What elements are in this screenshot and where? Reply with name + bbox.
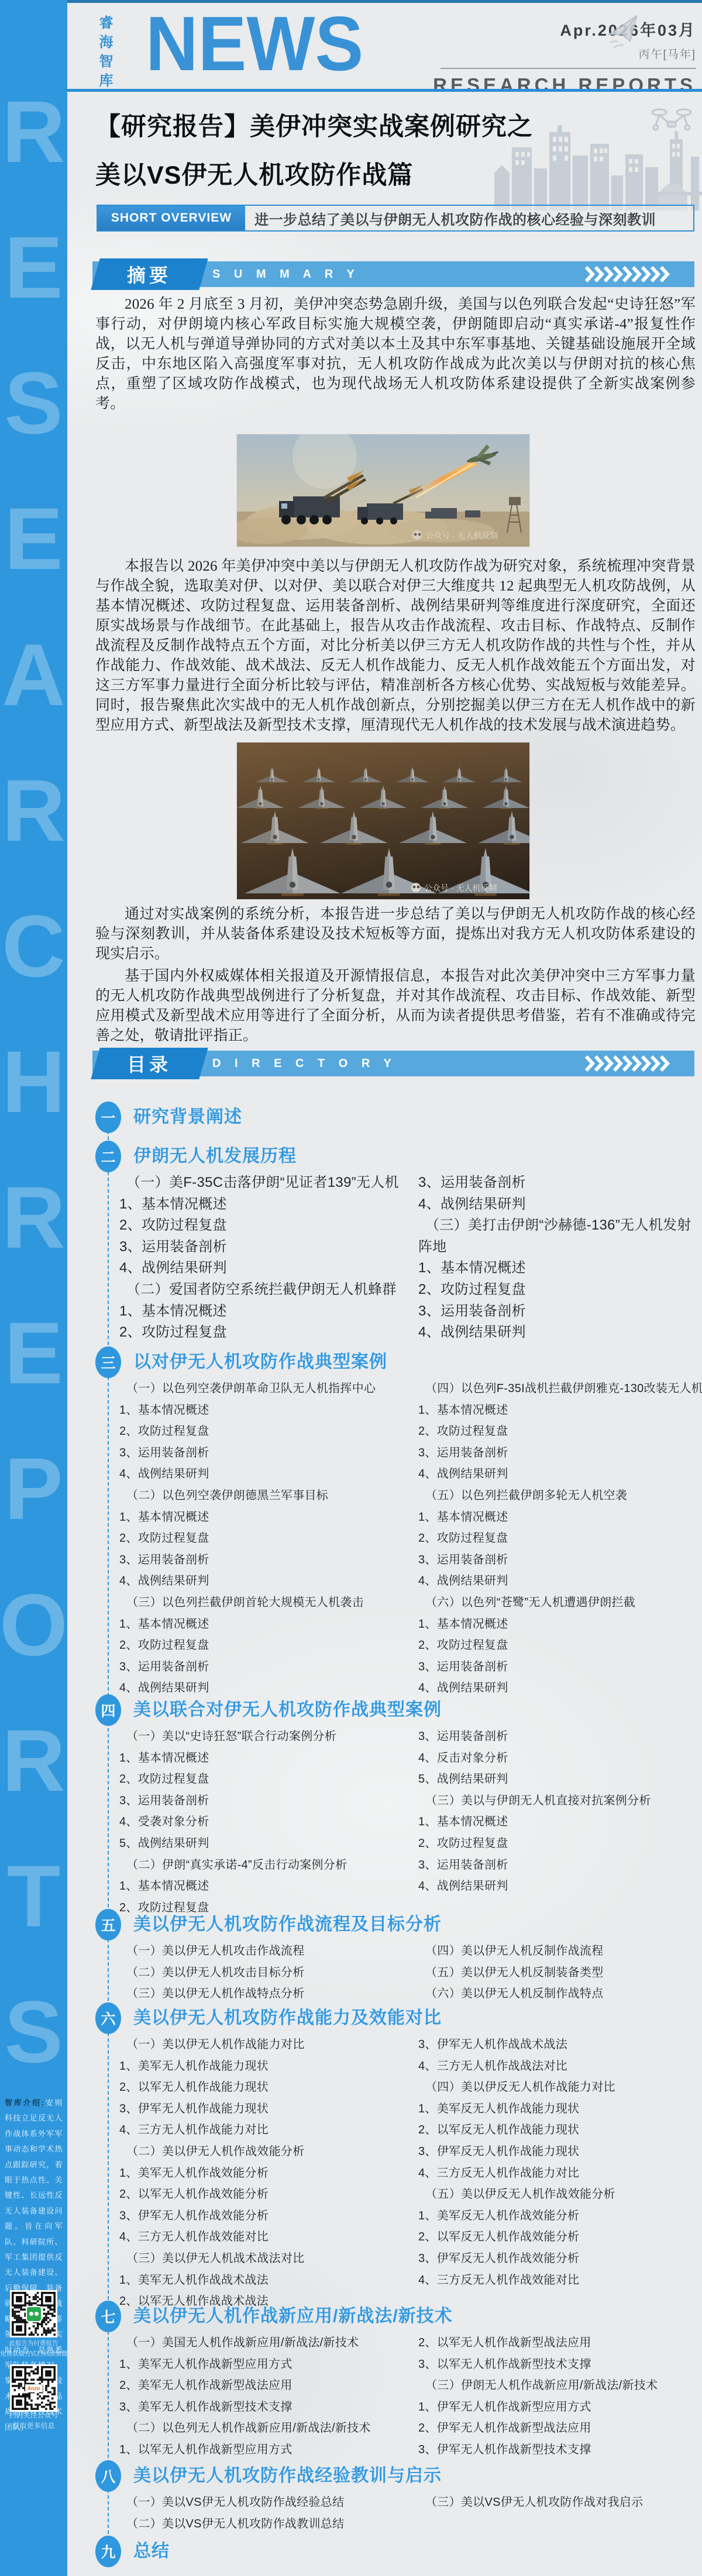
section-title: 美以伊无人机作战新应用/新战法/新技术 xyxy=(133,2301,453,2332)
header-divider xyxy=(67,89,702,92)
toc-sub-item: 1、美军反无人机作战能力现状 xyxy=(418,2098,702,2120)
toc-case-item: （一）美F-35C击落伊朗“见证者139”无人机 xyxy=(119,1172,418,1194)
toc-sub-item: 4、三方无人机作战战法对比 xyxy=(418,2056,702,2077)
qr1-caption-line2: 免费获取方式扫码添加微信 xyxy=(0,2350,67,2357)
toc-section-2: 二伊朗无人机发展历程（一）美F-35C击落伊朗“见证者139”无人机1、基本情况… xyxy=(67,1141,702,1344)
toc-section-3: 三以对伊无人机攻防作战典型案例（一）以色列空袭伊朗革命卫队无人机指挥中心1、基本… xyxy=(67,1346,702,1699)
directory-banner-cn: 目录 xyxy=(127,1050,171,1077)
toc-sub-item: 1、基本情况概述 xyxy=(119,1748,418,1769)
section-columns: （一）美以“史诗狂怒”联合行动案例分析1、基本情况概述2、攻防过程复盘3、运用装… xyxy=(119,1726,702,1918)
toc-sub-item: 3、运用装备剖析 xyxy=(119,1237,418,1258)
section-number-badge: 一 xyxy=(95,1101,121,1133)
section-number-badge: 七 xyxy=(95,2301,121,2332)
directory-banner: 目录 D I R E C T O R Y xyxy=(92,1051,694,1076)
toc-sub-item: 1、基本情况概述 xyxy=(418,1811,702,1833)
toc-sub-item: 4、受袭对象分析 xyxy=(119,1811,418,1833)
toc-sub-item: 1、基本情况概述 xyxy=(119,1876,418,1897)
section-columns: （一）美以伊无人机作战能力对比1、美军无人机作战能力现状2、以军无人机作战能力现… xyxy=(119,2034,702,2312)
section-columns: （一）美国无人机作战新应用/新战法/新技术1、美军无人机作战新型应用方式2、美军… xyxy=(119,2332,702,2461)
toc-column-right: 3、伊军无人机作战战术战法4、三方无人机作战战法对比（四）美以伊反无人机作战能力… xyxy=(418,2034,702,2312)
toc-sub-item: 1、美军无人机作战能力现状 xyxy=(119,2056,418,2077)
toc-sub-item: 4、战例结果研判 xyxy=(418,1194,702,1216)
paper-plane-icon xyxy=(607,15,644,49)
summary-banner: 摘要 S U M M A R Y xyxy=(92,261,694,287)
toc-column-right: 3、运用装备剖析4、反击对象分析5、战例结果研判（三）美以与伊朗无人机直接对抗案… xyxy=(418,1726,702,1918)
toc-case-item: （二）以色列空袭伊朗德黑兰军事目标 xyxy=(119,1485,418,1507)
section-number-badge: 二 xyxy=(95,1141,121,1172)
watermark-letter: O xyxy=(0,1581,67,1669)
section-number-badge: 四 xyxy=(95,1694,121,1726)
photo-watermark: 公众号 · 无人机反制 xyxy=(425,531,498,540)
toc-case-item: （一）以色列空袭伊朗革命卫队无人机指挥中心 xyxy=(119,1378,418,1400)
section-title: 研究背景阐述 xyxy=(133,1101,242,1133)
report-title-line1: 【研究报告】美伊冲突实战案例研究之 xyxy=(95,107,533,143)
toc-sub-item: 4、战例结果研判 xyxy=(418,1570,702,1592)
toc-column-left: （一）以色列空袭伊朗革命卫队无人机指挥中心1、基本情况概述2、攻防过程复盘3、运… xyxy=(119,1378,418,1699)
toc-section-8: 八美以伊无人机攻防作战经验教训与启示（一）美以VS伊无人机攻防作战经验总结（二）… xyxy=(67,2460,702,2534)
toc-sub-item: 3、伊军无人机作战效能分析 xyxy=(119,2205,418,2227)
watermark-letter: S xyxy=(4,1988,63,2076)
toc-sub-item: 3、运用装备剖析 xyxy=(119,1442,418,1464)
news-logo: NEWS xyxy=(146,4,363,85)
toc-sub-item: 2、攻防过程复盘 xyxy=(119,1322,418,1344)
toc-sub-item: 1、美军无人机作战战术战法 xyxy=(119,2270,418,2291)
qr1-caption-line1: 此报告为付费报告 xyxy=(9,2340,58,2347)
short-overview-bar: SHORT OVERVIEW 进一步总结了美以与伊朗无人机攻防作战的核心经验与深… xyxy=(97,205,694,232)
toc-sub-item: 5、战例结果研判 xyxy=(119,1833,418,1855)
toc-case-item: （五）美以伊反无人机作战效能分析 xyxy=(418,2184,702,2205)
watermark-letter: E xyxy=(4,223,63,311)
summary-paragraph-2: 本报告以 2026 年美伊冲突中美以与伊朗无人机攻防作战为研究对象，系统梳理冲突… xyxy=(95,557,696,735)
wechat-icon xyxy=(26,2306,42,2322)
sidebar-watermark-letters: RESEARCHREPORTS xyxy=(0,88,67,2076)
paragraph-text: 基于国内外权威媒体相关报道及开源情报信息，本报告对此次美伊冲突中三方军事力量的无… xyxy=(95,966,696,1046)
toc-case-item: （四）美以伊无人机反制作战流程 xyxy=(418,1940,702,1962)
photo-watermark: 公众号 · 无人机反制 xyxy=(424,883,497,893)
toc-sub-item: 2、攻防过程复盘 xyxy=(418,1279,702,1301)
drone-launch-photo: 公众号 · 无人机反制 xyxy=(237,434,529,547)
section-title: 美以联合对伊无人机攻防作战典型案例 xyxy=(133,1694,442,1726)
watermark-letter: A xyxy=(2,631,65,719)
toc-sub-item: 1、基本情况概述 xyxy=(119,1614,418,1635)
watermark-letter: E xyxy=(4,1309,63,1397)
brand-vertical: 睿海智库 xyxy=(94,15,115,92)
section-number-badge: 三 xyxy=(95,1346,121,1378)
short-overview-label: SHORT OVERVIEW xyxy=(98,206,245,230)
toc-case-item: （二）伊朗“真实承诺-4”反击行动案例分析 xyxy=(119,1855,418,1876)
toc-sub-item: 2、攻防过程复盘 xyxy=(418,1421,702,1442)
toc-sub-item: 2、攻防过程复盘 xyxy=(418,1833,702,1855)
toc-case-item: （一）美以伊无人机攻击作战流程 xyxy=(119,1940,418,1962)
header-right: Apr.2026年03月 丙午[马年] RESEARCH REPORTS xyxy=(433,18,696,96)
toc-column-right: 3、运用装备剖析4、战例结果研判（三）美打击伊朗“沙赫德-136”无人机发射阵地… xyxy=(418,1172,702,1344)
watermark-letter: E xyxy=(4,495,63,582)
summary-banner-cn: 摘要 xyxy=(127,261,171,288)
qr2-caption-line2: 获取更多信息 xyxy=(12,2422,54,2430)
toc-case-item: （一）美以伊无人机作战能力对比 xyxy=(119,2034,418,2056)
summary-paragraph-1: 2026 年 2 月底至 3 月初，美伊冲突态势急剧升级，美国与以色列联合发起“… xyxy=(95,295,696,414)
qr2-caption: 扫码关注公众号 获取更多信息 xyxy=(0,2410,67,2431)
toc-sub-item: 2、攻防过程复盘 xyxy=(418,1635,702,1656)
toc-case-item: （三）伊朗无人机作战新应用/新战法/新技术 xyxy=(418,2375,702,2397)
toc-sub-item: 1、美军无人机作战效能分析 xyxy=(119,2163,418,2184)
toc-case-item: （三）以色列拦截伊朗首轮大规模无人机袭击 xyxy=(119,1592,418,1614)
toc-sub-item: 3、运用装备剖析 xyxy=(418,1549,702,1571)
toc-case-item: （二）以色列无人机作战新应用/新战法/新技术 xyxy=(119,2418,418,2439)
toc-sub-item: 1、以军无人机作战新型应用方式 xyxy=(119,2439,418,2461)
zodiac-year: 丙午[马年] xyxy=(433,46,696,61)
toc-case-item: （六）美以伊无人机反制作战特点 xyxy=(418,1983,702,2005)
toc-column-right: （四）以色列F-35I战机拦截伊朗雅克-130改装无人机1、基本情况概述2、攻防… xyxy=(418,1378,702,1699)
toc-case-item: （二）美以VS伊无人机攻防作战教训总结 xyxy=(119,2513,418,2535)
summary-paragraphs-3-4: 通过对实战案例的系统分析，本报告进一步总结了美以与伊朗无人机攻防作战的核心经验与… xyxy=(95,904,696,1046)
section-title: 美以伊无人机攻防作战能力及效能对比 xyxy=(133,2002,442,2034)
toc-case-item: （二）爱国者防空系统拦截伊朗无人机蜂群 xyxy=(119,1279,418,1301)
toc-sub-item: 3、运用装备剖析 xyxy=(418,1855,702,1876)
toc-sub-item: 3、运用装备剖析 xyxy=(119,1549,418,1571)
directory-banner-tag: 目录 xyxy=(91,1048,208,1079)
toc-sub-item: 4、战例结果研判 xyxy=(119,1570,418,1592)
toc-column-left: （一）美国无人机作战新应用/新战法/新技术1、美军无人机作战新型应用方式2、美军… xyxy=(119,2332,418,2461)
thinktank-intro-label: 智库介绍: xyxy=(5,2098,44,2107)
toc-sub-item: 1、基本情况概述 xyxy=(418,1614,702,1635)
qr1-caption: 此报告为付费报告 免费获取方式扫码添加微信 xyxy=(0,2338,67,2359)
toc-sub-item: 1、美军反无人机作战效能分析 xyxy=(418,2205,702,2227)
toc-column-left: （一）美F-35C击落伊朗“见证者139”无人机1、基本情况概述2、攻防过程复盘… xyxy=(119,1172,418,1344)
toc-sub-item: 1、基本情况概述 xyxy=(418,1507,702,1528)
section-title: 以对伊无人机攻防作战典型案例 xyxy=(133,1346,387,1378)
toc-sub-item: 2、以军反无人机作战效能分析 xyxy=(418,2226,702,2248)
toc-sub-item: 1、基本情况概述 xyxy=(119,1301,418,1322)
toc-column-right: （四）美以伊无人机反制作战流程（五）美以伊无人机反制装备类型（六）美以伊无人机反… xyxy=(418,1940,702,2005)
section-columns: （一）以色列空袭伊朗革命卫队无人机指挥中心1、基本情况概述2、攻防过程复盘3、运… xyxy=(119,1378,702,1699)
toc-column-left: （一）美以伊无人机攻击作战流程（二）美以伊无人机攻击目标分析（三）美以伊无人机作… xyxy=(119,1940,418,2005)
paragraph-text: 本报告以 2026 年美伊冲突中美以与伊朗无人机攻防作战为研究对象，系统梳理冲突… xyxy=(95,557,696,735)
toc-sub-item: 1、基本情况概述 xyxy=(418,1258,702,1279)
toc-column-left: （一）美以“史诗狂怒”联合行动案例分析1、基本情况概述2、攻防过程复盘3、运用装… xyxy=(119,1726,418,1918)
toc-sub-item: 2、以军无人机作战能力现状 xyxy=(119,2077,418,2098)
toc-sub-item: 1、伊军无人机作战新型应用方式 xyxy=(418,2397,702,2418)
paragraph-text: 2026 年 2 月底至 3 月初，美伊冲突态势急剧升级，美国与以色列联合发起“… xyxy=(95,295,696,414)
section-columns: （一）美F-35C击落伊朗“见证者139”无人机1、基本情况概述2、攻防过程复盘… xyxy=(119,1172,702,1344)
toc-sub-item: 3、伊军无人机作战新型技术支撑 xyxy=(418,2439,702,2461)
toc-sub-item: 4、三方反无人机作战能力对比 xyxy=(418,2163,702,2184)
toc-sub-item: 4、反击对象分析 xyxy=(418,1748,702,1769)
watermark-letter: T xyxy=(7,1852,61,1940)
toc-case-item: （五）以色列拦截伊朗多轮无人机空袭 xyxy=(418,1485,702,1507)
research-report-poster: RESEARCHREPORTS 智库介绍:安则科技立足反无人作战体系外军军事动态… xyxy=(0,0,702,2576)
paragraph-text: 通过对实战案例的系统分析，本报告进一步总结了美以与伊朗无人机攻防作战的核心经验与… xyxy=(95,904,696,964)
watermark-letter: P xyxy=(4,1445,63,1532)
report-title-line2: 美以VS伊无人机攻防作战篇 xyxy=(95,156,413,191)
watermark-letter: R xyxy=(2,1717,65,1804)
section-number-badge: 九 xyxy=(95,2536,121,2567)
toc-sub-item: 3、伊军反无人机作战能力现状 xyxy=(418,2141,702,2163)
toc-sub-item: 3、运用装备剖析 xyxy=(418,1172,702,1194)
summary-banner-tag: 摘要 xyxy=(91,258,208,290)
wechat-qr-code xyxy=(10,2290,57,2337)
toc-sub-item: 2、攻防过程复盘 xyxy=(119,1769,418,1790)
toc-sub-item: 3、运用装备剖析 xyxy=(418,1301,702,1322)
toc-sub-item: 2、攻防过程复盘 xyxy=(119,1528,418,1549)
toc-column-left: （一）美以伊无人机作战能力对比1、美军无人机作战能力现状2、以军无人机作战能力现… xyxy=(119,2034,418,2312)
toc-sub-item: 3、运用装备剖析 xyxy=(418,1442,702,1464)
toc-sub-item: 3、伊军无人机作战战术战法 xyxy=(418,2034,702,2056)
toc-case-item: （二）美以伊无人机作战效能分析 xyxy=(119,2141,418,2163)
toc-case-item: （三）美以VS伊无人机攻防作战对我启示 xyxy=(418,2492,702,2513)
toc-sub-item: 3、以军无人机作战新型技术支撑 xyxy=(418,2354,702,2375)
watermark-letter: H xyxy=(2,1038,65,1125)
toc-case-item: （一）美以“史诗狂怒”联合行动案例分析 xyxy=(119,1726,418,1748)
left-sidebar: RESEARCHREPORTS 智库介绍:安则科技立足反无人作战体系外军军事动态… xyxy=(0,0,67,2576)
toc-sub-item: 4、战例结果研判 xyxy=(418,1876,702,1897)
toc-sub-item: 3、运用装备剖析 xyxy=(418,1726,702,1748)
toc-case-item: （四）美以伊反无人机作战能力对比 xyxy=(418,2077,702,2098)
toc-sub-item: 2、攻防过程复盘 xyxy=(119,1215,418,1237)
toc-column-right: （三）美以VS伊无人机攻防作战对我启示 xyxy=(418,2492,702,2534)
toc-sub-item: 2、美军无人机作战新型战法应用 xyxy=(119,2375,418,2397)
toc-sub-item: 4、战例结果研判 xyxy=(418,1322,702,1344)
section-number-badge: 八 xyxy=(95,2460,121,2492)
drone-array-photo: 公众号 · 无人机反制 xyxy=(237,743,529,899)
main-column: 睿海智库 NEWS Apr.2026年03月 丙午[马年] RESEARCH R… xyxy=(67,0,702,2576)
short-overview-text: 进一步总结了美以与伊朗无人机攻防作战的核心经验与深刻教训 xyxy=(245,206,656,230)
toc-sub-item: 3、美军无人机作战新型技术支撑 xyxy=(119,2397,418,2418)
toc-column-left: （一）美以VS伊无人机攻防作战经验总结（二）美以VS伊无人机攻防作战教训总结 xyxy=(119,2492,418,2534)
toc-sub-item: 1、基本情况概述 xyxy=(418,1400,702,1421)
toc-sub-item: 3、伊军无人机作战能力现状 xyxy=(119,2098,418,2120)
toc-sub-item: 1、基本情况概述 xyxy=(119,1507,418,1528)
toc-case-item: （一）美国无人机作战新应用/新战法/新技术 xyxy=(119,2332,418,2354)
watermark-letter: R xyxy=(2,88,65,175)
toc-section-4: 四美以联合对伊无人机攻防作战典型案例（一）美以“史诗狂怒”联合行动案例分析1、基… xyxy=(67,1694,702,1918)
toc-sub-item: 4、战例结果研判 xyxy=(119,1258,418,1279)
toc-case-item: （三）美以伊无人机战术战法对比 xyxy=(119,2248,418,2270)
header-subtitle: RESEARCH REPORTS xyxy=(433,74,696,96)
toc-sub-item: 4、战例结果研判 xyxy=(119,1463,418,1485)
toc-case-item: （三）美以与伊朗无人机直接对抗案例分析 xyxy=(418,1790,702,1812)
toc-sub-item: 4、三方反无人机作战效能对比 xyxy=(418,2270,702,2291)
toc-sub-item: 2、攻防过程复盘 xyxy=(119,1421,418,1442)
toc-sub-item: 4、三方无人机作战能力对比 xyxy=(119,2119,418,2141)
toc-sub-item: 3、运用装备剖析 xyxy=(418,1656,702,1678)
table-of-contents: 一研究背景阐述二伊朗无人机发展历程（一）美F-35C击落伊朗“见证者139”无人… xyxy=(67,1101,702,2576)
watermark-letter: R xyxy=(2,766,65,854)
issue-date: Apr.2026年03月 xyxy=(433,18,696,40)
toc-section-5: 五美以伊无人机攻防作战流程及目标分析（一）美以伊无人机攻击作战流程（二）美以伊无… xyxy=(67,1909,702,2005)
watermark-letter: R xyxy=(2,1173,65,1261)
toc-sub-item: 2、伊军无人机作战新型战法应用 xyxy=(418,2418,702,2439)
toc-sub-item: 1、基本情况概述 xyxy=(119,1194,418,1216)
section-number-badge: 六 xyxy=(95,2002,121,2034)
directory-banner-en: D I R E C T O R Y xyxy=(212,1051,397,1076)
toc-sub-item: 4、战例结果研判 xyxy=(418,1463,702,1485)
section-title: 伊朗无人机发展历程 xyxy=(133,1141,297,1172)
toc-sub-item: 2、攻防过程复盘 xyxy=(418,1528,702,1549)
toc-case-item: （二）美以伊无人机攻击目标分析 xyxy=(119,1962,418,1984)
toc-sub-item: 3、运用装备剖析 xyxy=(119,1656,418,1678)
section-columns: （一）美以VS伊无人机攻防作战经验总结（二）美以VS伊无人机攻防作战教训总结（三… xyxy=(119,2492,702,2534)
toc-section-6: 六美以伊无人机攻防作战能力及效能对比（一）美以伊无人机作战能力对比1、美军无人机… xyxy=(67,2002,702,2312)
toc-sub-item: 2、以军反无人机作战能力现状 xyxy=(418,2119,702,2141)
toc-case-item: （六）以色列“苍鹭”无人机遭遇伊朗拦截 xyxy=(418,1592,702,1614)
toc-sub-item: 2、以军无人机作战效能分析 xyxy=(119,2184,418,2205)
toc-sub-item: 4、三方无人机作战效能对比 xyxy=(119,2226,418,2248)
toc-sub-item: 2、以军无人机作战新型战法应用 xyxy=(418,2332,702,2354)
anzo-qr-code: Anzo xyxy=(10,2364,57,2412)
toc-column-right: 2、以军无人机作战新型战法应用3、以军无人机作战新型技术支撑（三）伊朗无人机作战… xyxy=(418,2332,702,2461)
toc-case-item: （三）美打击伊朗“沙赫德-136”无人机发射阵地 xyxy=(418,1215,702,1258)
toc-sub-item: 3、伊军反无人机作战效能分析 xyxy=(418,2248,702,2270)
toc-sub-item: 1、基本情况概述 xyxy=(119,1400,418,1421)
toc-section-7: 七美以伊无人机作战新应用/新战法/新技术（一）美国无人机作战新应用/新战法/新技… xyxy=(67,2301,702,2461)
toc-sub-item: 5、战例结果研判 xyxy=(418,1769,702,1790)
section-number-badge: 五 xyxy=(95,1909,121,1940)
anzo-logo: Anzo xyxy=(25,2384,43,2392)
qr2-caption-line1: 扫码关注公众号 xyxy=(9,2411,58,2419)
toc-case-item: （三）美以伊无人机作战特点分析 xyxy=(119,1983,418,2005)
toc-case-item: （四）以色列F-35I战机拦截伊朗雅克-130改装无人机 xyxy=(418,1378,702,1400)
toc-sub-item: 1、美军无人机作战新型应用方式 xyxy=(119,2354,418,2375)
toc-case-item: （一）美以VS伊无人机攻防作战经验总结 xyxy=(119,2492,418,2513)
section-title: 美以伊无人机攻防作战经验教训与启示 xyxy=(133,2460,442,2492)
toc-case-item: （五）美以伊无人机反制装备类型 xyxy=(418,1962,702,1984)
section-columns: （一）美以伊无人机攻击作战流程（二）美以伊无人机攻击目标分析（三）美以伊无人机作… xyxy=(119,1940,702,2005)
chevrons-icon xyxy=(584,266,671,282)
watermark-letter: S xyxy=(4,359,63,447)
section-title: 美以伊无人机攻防作战流程及目标分析 xyxy=(133,1909,442,1940)
header-rule xyxy=(441,68,696,69)
chevrons-icon xyxy=(584,1055,671,1072)
toc-sub-item: 3、运用装备剖析 xyxy=(119,1790,418,1812)
summary-banner-en: S U M M A R Y xyxy=(212,261,360,287)
watermark-letter: C xyxy=(2,902,65,990)
section-title: 总结 xyxy=(133,2536,170,2567)
toc-sub-item: 2、攻防过程复盘 xyxy=(119,1635,418,1656)
